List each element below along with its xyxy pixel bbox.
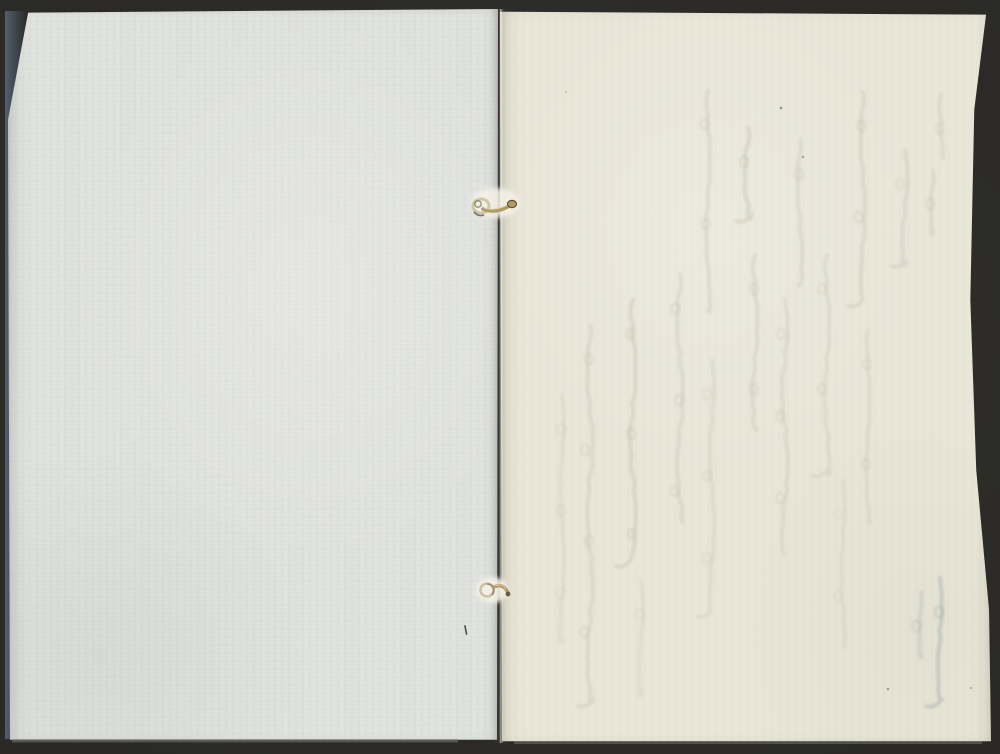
manuscript-scan [0, 0, 1000, 754]
dust-specks [0, 0, 1000, 754]
